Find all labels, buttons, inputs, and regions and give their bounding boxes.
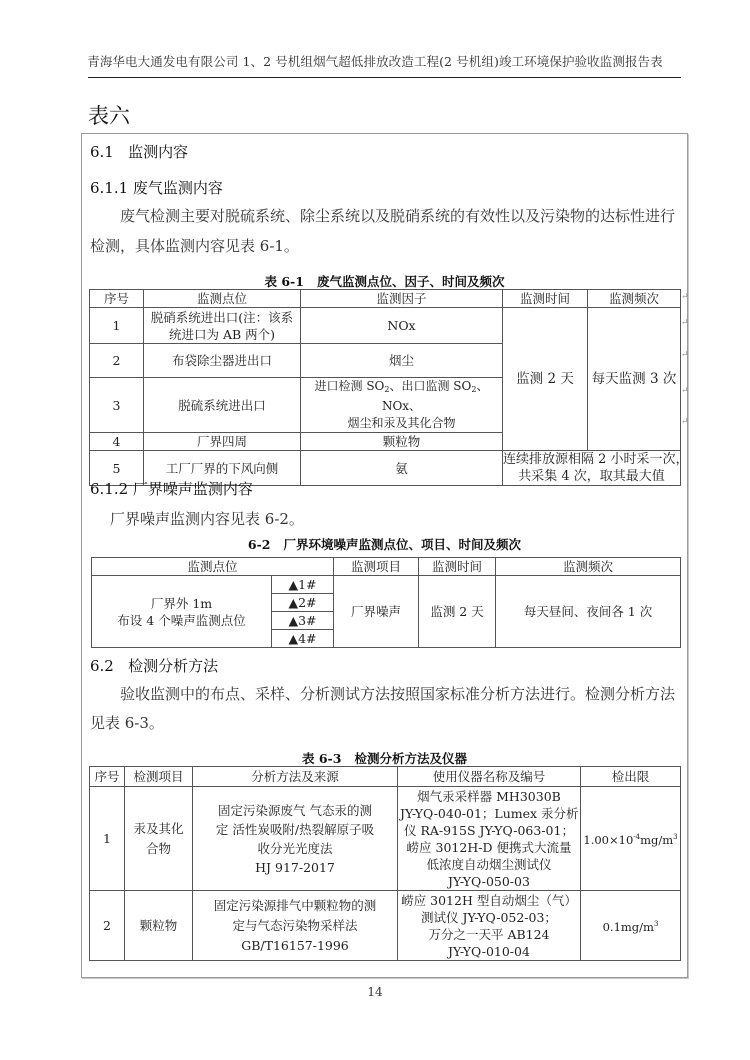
factor-line2: 烟尘和汞及其化合物 — [303, 415, 500, 432]
instrument-line: JY-YQ-050-03 — [400, 873, 578, 890]
section-6-1-2-para: 厂界噪声监测内容见表 6-2。 — [110, 505, 304, 534]
paragraph-mark: ↵ — [681, 386, 689, 396]
section-6-1-title: 6.1 监测内容 — [90, 141, 188, 162]
note-line1: 连续排放源相隔 2 小时采一次， — [503, 451, 680, 468]
item-line2: 合物 — [127, 839, 190, 859]
row-factor: 颗粒物 — [301, 433, 503, 451]
shared-frequency-cell: 每天监测 3 次 — [588, 308, 681, 451]
table-row: 1 脱硝系统进出口(注：该系统进口为 AB 两个) NOx 监测 2 天 每天监… — [90, 308, 681, 344]
method-line: 定 活性炭吸附/热裂解原子吸 — [195, 820, 395, 839]
row-factor: 烟尘 — [301, 344, 503, 378]
merged-sampling-note: 连续排放源相隔 2 小时采一次， 共采集 4 次，取其最大值 — [503, 451, 681, 486]
row-item: 汞及其化 合物 — [125, 787, 193, 891]
table-6-2-caption: 6-2 厂界环境噪声监测点位、项目、时间及频次 — [89, 535, 680, 553]
col-header-no: 序号 — [90, 290, 144, 308]
table-row: 2 颗粒物 固定污染源排气中颗粒物的测 定与气态污染物采样法 GB/T16157… — [90, 891, 681, 961]
item-cell: 厂界噪声 — [334, 576, 419, 648]
row-point: 厂界四周 — [144, 433, 301, 451]
col-header-time: 监测时间 — [503, 290, 588, 308]
table-header-row: 序号 监测点位 监测因子 监测时间 监测频次 — [90, 290, 681, 308]
page-title: 表六 — [88, 100, 130, 130]
instrument-line: JY-YQ-010-04 — [400, 943, 578, 960]
col-header-method: 分析方法及来源 — [193, 767, 398, 787]
paragraph-mark: ↵ — [681, 318, 689, 328]
note-line2: 共采集 4 次，取其最大值 — [503, 468, 680, 485]
row-no: 2 — [90, 344, 144, 378]
table-row: 1 汞及其化 合物 固定污染源废气 气态汞的测 定 活性炭吸附/热裂解原子吸 收… — [90, 787, 681, 891]
row-point: 脱硫系统进出口 — [144, 378, 301, 433]
row-no: 3 — [90, 378, 144, 433]
instrument-line: 崂应 3012H 型自动烟尘（气） — [400, 892, 578, 909]
instrument-line: 崂应 3012H-D 便携式大流量 — [400, 839, 578, 856]
row-instrument: 崂应 3012H 型自动烟尘（气） 测试仪 JY-YQ-052-03； 万分之一… — [398, 891, 581, 961]
item-line1: 汞及其化 — [127, 819, 190, 839]
table-header-row: 监测点位 监测项目 监测时间 监测频次 — [92, 558, 681, 576]
paragraph-mark: ↵ — [681, 417, 689, 427]
section-6-1-1-title: 6.1.1 废气监测内容 — [90, 177, 223, 198]
method-line: 收分光光度法 — [195, 839, 395, 858]
col-header-limit: 检出限 — [581, 767, 681, 787]
row-method: 固定污染源废气 气态汞的测 定 活性炭吸附/热裂解原子吸 收分光光度法 HJ 9… — [193, 787, 398, 891]
point-line2: 统进口为 AB 两个) — [146, 326, 298, 343]
row-factor: 进口检测 SO2、出口监测 SO2、NOx、 烟尘和汞及其化合物 — [301, 378, 503, 433]
table-6-2: 监测点位 监测项目 监测时间 监测频次 厂界外 1m 布设 4 个噪声监测点位 … — [91, 557, 681, 648]
point-line1: 脱硝系统进出口(注：该系 — [146, 309, 298, 326]
row-no: 1 — [90, 308, 144, 344]
row-item: 颗粒物 — [125, 891, 193, 961]
col-header-item: 检测项目 — [125, 767, 193, 787]
method-line: 固定污染源废气 气态汞的测 — [195, 801, 395, 820]
point-1: ▲1# — [272, 576, 334, 594]
table-6-1-caption: 表 6-1 废气监测点位、因子、时间及频次 — [89, 272, 680, 290]
paragraph-mark: ↵ — [681, 350, 689, 360]
table-6-3: 序号 检测项目 分析方法及来源 使用仪器名称及编号 检出限 1 汞及其化 合物 … — [89, 766, 681, 961]
paragraph-mark: ↵ — [681, 292, 689, 302]
instrument-line: 烟气汞采样器 MH3030B — [400, 788, 578, 805]
method-line: GB/T16157-1996 — [195, 936, 395, 956]
header-rule — [88, 77, 681, 78]
row-factor: NOx — [301, 308, 503, 344]
col-header-no: 序号 — [90, 767, 125, 787]
section-6-1-1-para-line2: 检测，具体监测内容见表 6-1。 — [90, 232, 299, 261]
table-6-3-caption: 表 6-3 检测分析方法及仪器 — [89, 749, 680, 767]
col-header-item: 监测项目 — [334, 558, 419, 576]
instrument-line: 仪 RA-915S JY-YQ-063-01； — [400, 822, 578, 839]
col-header-frequency: 监测频次 — [588, 290, 681, 308]
col-header-frequency: 监测频次 — [496, 558, 681, 576]
method-line: HJ 917-2017 — [195, 858, 395, 877]
shared-time-cell: 监测 2 天 — [503, 308, 588, 451]
table-row: 厂界外 1m 布设 4 个噪声监测点位 ▲1# 厂界噪声 监测 2 天 每天昼间… — [92, 576, 681, 594]
factor-line1: 进口检测 SO2、出口监测 SO2、NOx、 — [303, 378, 500, 415]
point-2: ▲2# — [272, 594, 334, 612]
time-cell: 监测 2 天 — [419, 576, 496, 648]
col-header-point: 监测点位 — [144, 290, 301, 308]
col-header-instrument: 使用仪器名称及编号 — [398, 767, 581, 787]
point-3: ▲3# — [272, 612, 334, 630]
running-header: 青海华电大通发电有限公司 1、2 号机组烟气超低排放改造工程(2 号机组)竣工环… — [0, 52, 750, 70]
instrument-line: 测试仪 JY-YQ-052-03； — [400, 909, 578, 926]
section-6-1-2-title: 6.1.2 厂界噪声监测内容 — [90, 478, 253, 499]
row-no: 1 — [90, 787, 125, 891]
location-line2: 布设 4 个噪声监测点位 — [94, 612, 269, 629]
instrument-line: 万分之一天平 AB124 — [400, 926, 578, 943]
row-no: 4 — [90, 433, 144, 451]
section-6-2-title: 6.2 检测分析方法 — [90, 655, 218, 676]
section-6-2-para-line2: 见表 6-3。 — [90, 709, 164, 738]
table-header-row: 序号 检测项目 分析方法及来源 使用仪器名称及编号 检出限 — [90, 767, 681, 787]
row-method: 固定污染源排气中颗粒物的测 定与气态污染物采样法 GB/T16157-1996 — [193, 891, 398, 961]
col-header-time: 监测时间 — [419, 558, 496, 576]
method-line: 定与气态污染物采样法 — [195, 916, 395, 936]
col-header-location: 监测点位 — [92, 558, 334, 576]
row-factor: 氨 — [301, 451, 503, 486]
table-6-1: 序号 监测点位 监测因子 监测时间 监测频次 1 脱硝系统进出口(注：该系统进口… — [89, 289, 681, 486]
location-cell: 厂界外 1m 布设 4 个噪声监测点位 — [92, 576, 272, 648]
row-limit: 1.00×10-4mg/m3 — [581, 787, 681, 891]
row-point: 脱硝系统进出口(注：该系统进口为 AB 两个) — [144, 308, 301, 344]
row-no: 2 — [90, 891, 125, 961]
method-line: 固定污染源排气中颗粒物的测 — [195, 896, 395, 916]
row-limit: 0.1mg/m3 — [581, 891, 681, 961]
col-header-factor: 监测因子 — [301, 290, 503, 308]
instrument-line: 低浓度自动烟尘测试仪 — [400, 856, 578, 873]
row-point: 布袋除尘器进出口 — [144, 344, 301, 378]
row-instrument: 烟气汞采样器 MH3030B JY-YQ-040-01；Lumex 汞分析 仪 … — [398, 787, 581, 891]
point-4: ▲4# — [272, 630, 334, 648]
page-number: 14 — [0, 985, 750, 999]
instrument-line: JY-YQ-040-01；Lumex 汞分析 — [400, 805, 578, 822]
frequency-cell: 每天昼间、夜间各 1 次 — [496, 576, 681, 648]
section-6-1-1-para-line1: 废气检测主要对脱硫系统、除尘系统以及脱硝系统的有效性以及污染物的达标性进行 — [120, 202, 675, 231]
location-line1: 厂界外 1m — [94, 595, 269, 612]
section-6-2-para-line1: 验收监测中的布点、采样、分析测试方法按照国家标准分析方法进行。检测分析方法 — [120, 680, 675, 709]
